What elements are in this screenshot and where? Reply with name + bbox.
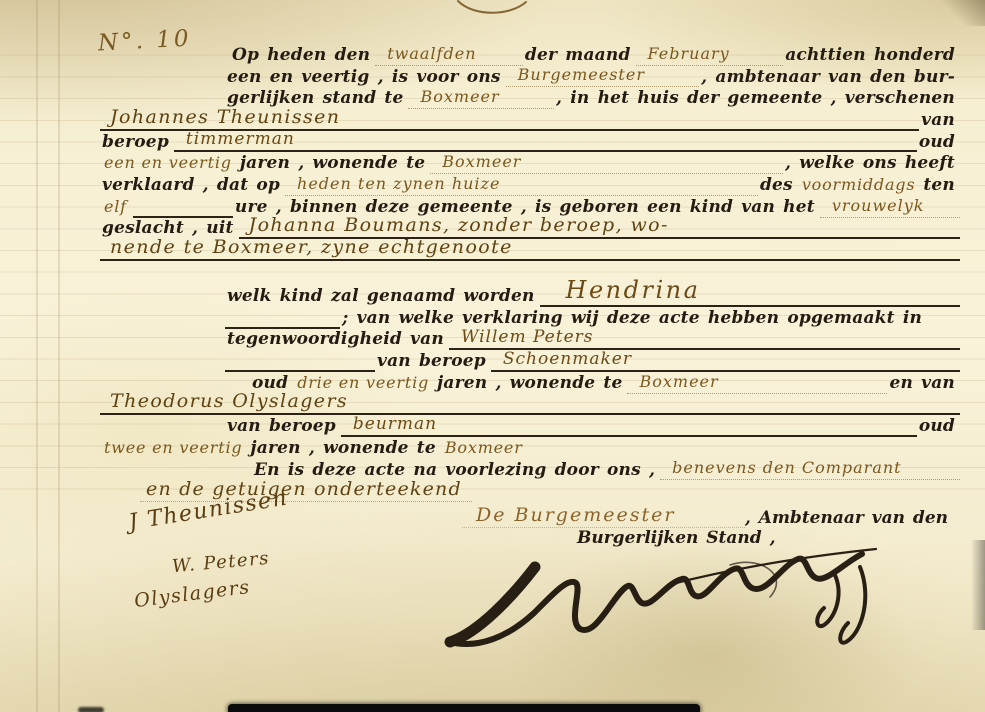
printed-text: jaren , wonende te: [248, 440, 440, 459]
paper-fold-line: [36, 0, 38, 712]
printed-text: van beroep: [225, 418, 341, 437]
rule-line: [225, 356, 375, 372]
burgemeester-signature: [430, 545, 890, 660]
page-top-flourish: [452, 0, 542, 18]
handwritten-text: twaalfden: [375, 44, 523, 66]
rule-line: [225, 313, 340, 329]
handwritten-text: en de getuigen onderteekend: [140, 478, 472, 502]
printed-text: , welke ons heeft: [783, 155, 960, 174]
printed-text: oud: [917, 134, 960, 153]
signature-witness-2: Olyslagers: [133, 576, 252, 612]
document-line: van beroepbeurmanoud: [100, 415, 960, 437]
printed-text: ; van welke verklaring wij deze acte heb…: [340, 310, 927, 329]
handwritten-text: een en veertig: [100, 153, 238, 174]
printed-text: van: [919, 112, 960, 131]
handwritten-text: beurman: [341, 414, 917, 437]
printed-text: , ambtenaar van den bur-: [699, 69, 960, 88]
signature-witness-1: W. Peters: [171, 548, 270, 577]
scan-corner-shadow: [939, 0, 985, 26]
handwritten-text: Willem Peters: [449, 327, 960, 350]
birth-certificate-scan: N°. 10 Op heden dentwaalfdender maandFeb…: [0, 0, 985, 712]
paper-fold-line: [58, 0, 60, 712]
document-line: een en veertig , is voor onsBurgemeester…: [100, 66, 960, 88]
document-line: Op heden dentwaalfdender maandFebruaryac…: [100, 44, 960, 66]
handwritten-text: elf: [100, 197, 133, 218]
printed-text: beroep: [100, 134, 174, 153]
document-line: nende te Boxmeer, zyne echtgenoote: [100, 239, 960, 261]
handwritten-text: heden ten zynen huize: [285, 174, 758, 196]
handwritten-text: Burgemeester: [506, 65, 699, 87]
handwritten-text: voormiddags: [798, 175, 922, 196]
official-title-printed: , Ambtenaar van den: [745, 508, 948, 528]
document-line: tegenwoordigheid vanWillem Peters: [100, 329, 960, 351]
handwritten-text: Theodorus Olyslagers: [100, 390, 960, 415]
document-line: beroeptimmermanoud: [100, 131, 960, 153]
printed-text: welk kind zal genaamd worden: [225, 288, 540, 307]
handwritten-text: Boxmeer: [430, 152, 783, 174]
closing-title-row: De Burgemeester , Ambtenaar van den: [462, 504, 948, 528]
official-title-handwritten: De Burgemeester: [462, 504, 745, 528]
scan-edge-smudge: [971, 540, 985, 630]
printed-text: ten: [921, 177, 960, 196]
printed-text: der maand: [523, 47, 636, 66]
document-line: Theodorus Olyslagers: [100, 394, 960, 416]
document-line: welk kind zal genaamd wordenHendrina: [100, 279, 960, 307]
document-line: twee en veertigjaren , wonende teBoxmeer: [100, 437, 960, 459]
printed-text: des: [758, 177, 798, 196]
scan-bottom-artifact: [228, 704, 700, 712]
printed-text: verklaard , dat op: [100, 177, 285, 196]
document-line: ; van welke verklaring wij deze acte heb…: [100, 307, 960, 329]
handwritten-text: nende te Boxmeer, zyne echtgenoote: [100, 236, 960, 261]
handwritten-text: timmerman: [174, 129, 917, 152]
printed-text: jaren , wonende te: [238, 155, 430, 174]
handwritten-text: Johannes Theunissen: [100, 106, 919, 131]
document-line: Johannes Theunissenvan: [100, 109, 960, 131]
handwritten-text: Schoenmaker: [491, 349, 960, 372]
printed-text: een en veertig , is voor ons: [225, 69, 506, 88]
printed-text: achttien honderd: [783, 47, 960, 66]
rule-line: [133, 202, 233, 218]
handwritten-text: twee en veertig: [100, 438, 248, 459]
handwritten-text: benevens den Comparant: [660, 458, 960, 480]
printed-text: van beroep: [375, 353, 491, 372]
scan-bottom-artifact-small: [78, 707, 104, 712]
handwritten-text: Hendrina: [540, 276, 960, 307]
document-line: een en veertigjaren , wonende teBoxmeer,…: [100, 152, 960, 174]
printed-text: Op heden den: [230, 47, 375, 66]
handwritten-text: February: [636, 44, 784, 66]
printed-text: tegenwoordigheid van: [225, 331, 449, 350]
document-line: verklaard , dat opheden ten zynen huized…: [100, 174, 960, 196]
document-line: van beroepSchoenmaker: [100, 350, 960, 372]
printed-text: oud: [917, 418, 960, 437]
handwritten-text: Boxmeer: [441, 438, 529, 459]
document-lines: Op heden dentwaalfdender maandFebruaryac…: [100, 44, 960, 502]
